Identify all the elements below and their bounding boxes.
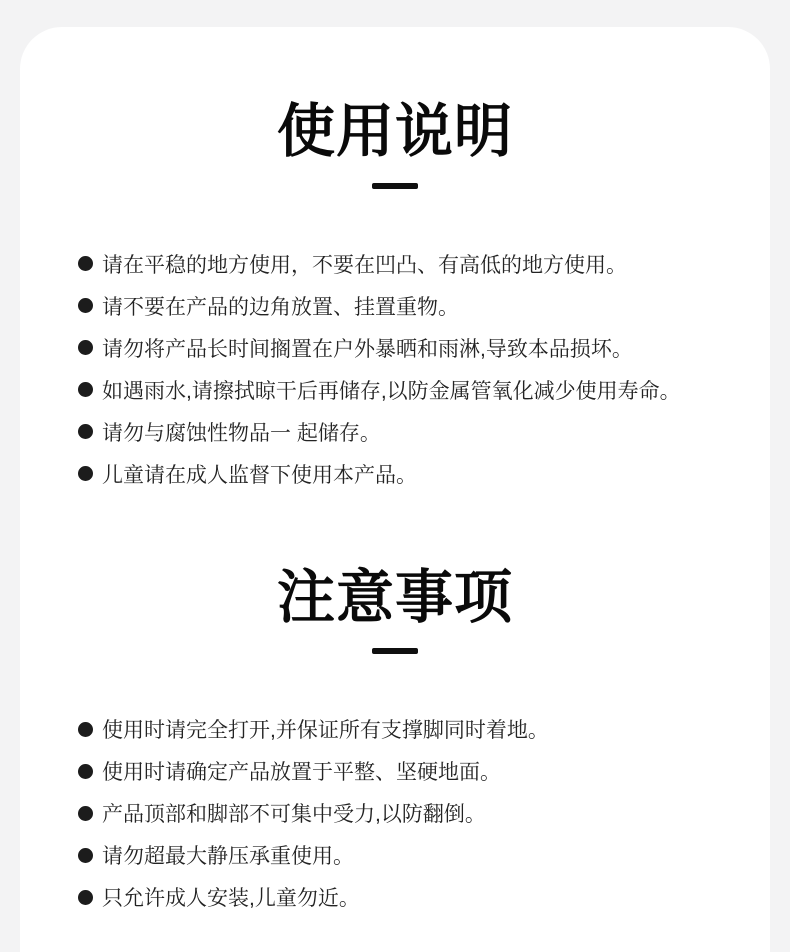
list-item-text: 产品顶部和脚部不可集中受力,以防翻倒。 <box>102 798 486 828</box>
list-item: 如遇雨水,请擦拭晾干后再储存,以防金属管氧化减少使用寿命。 <box>78 369 750 411</box>
list-item-text: 请勿超最大静压承重使用。 <box>102 840 354 870</box>
bullet-circle-icon <box>78 382 93 397</box>
instruction-card: 使用说明 请在平稳的地方使用，不要在凹凸、有高低的地方使用。 请不要在产品的边角… <box>20 27 770 952</box>
list-item: 请勿超最大静压承重使用。 <box>78 834 750 876</box>
list-item-text: 请在平稳的地方使用，不要在凹凸、有高低的地方使用。 <box>102 249 627 279</box>
bullet-circle-icon <box>78 890 93 905</box>
list-item: 产品顶部和脚部不可集中受力,以防翻倒。 <box>78 792 750 834</box>
list-item-text: 使用时请完全打开,并保证所有支撑脚同时着地。 <box>102 714 549 744</box>
list-item: 使用时请确定产品放置于平整、坚硬地面。 <box>78 750 750 792</box>
bullet-circle-icon <box>78 466 93 481</box>
bullet-circle-icon <box>78 764 93 779</box>
list-item: 请勿与腐蚀性物品一 起储存。 <box>78 411 750 453</box>
bullet-circle-icon <box>78 256 93 271</box>
list-item-text: 请勿与腐蚀性物品一 起储存。 <box>102 417 381 447</box>
usage-section: 使用说明 请在平稳的地方使用，不要在凹凸、有高低的地方使用。 请不要在产品的边角… <box>20 27 770 495</box>
list-item-text: 儿童请在成人监督下使用本产品。 <box>102 459 417 489</box>
bullet-circle-icon <box>78 806 93 821</box>
list-item: 请勿将产品长时间搁置在户外暴晒和雨淋,导致本品损坏。 <box>78 327 750 369</box>
list-item: 使用时请完全打开,并保证所有支撑脚同时着地。 <box>78 708 750 750</box>
title-underline <box>372 648 418 654</box>
bullet-circle-icon <box>78 424 93 439</box>
title-underline <box>372 183 418 189</box>
list-item-text: 使用时请确定产品放置于平整、坚硬地面。 <box>102 756 501 786</box>
bullet-circle-icon <box>78 298 93 313</box>
list-item: 请不要在产品的边角放置、挂置重物。 <box>78 285 750 327</box>
list-item-text: 只允许成人安装,儿童勿近。 <box>102 882 360 912</box>
list-item-text: 如遇雨水,请擦拭晾干后再储存,以防金属管氧化减少使用寿命。 <box>102 375 681 405</box>
precautions-section: 注意事项 使用时请完全打开,并保证所有支撑脚同时着地。 使用时请确定产品放置于平… <box>20 495 770 919</box>
precautions-section-title: 注意事项 <box>20 495 770 633</box>
usage-section-title: 使用说明 <box>20 27 770 167</box>
bullet-circle-icon <box>78 722 93 737</box>
list-item: 只允许成人安装,儿童勿近。 <box>78 876 750 918</box>
usage-notice-list: 请在平稳的地方使用，不要在凹凸、有高低的地方使用。 请不要在产品的边角放置、挂置… <box>20 243 770 495</box>
list-item-text: 请勿将产品长时间搁置在户外暴晒和雨淋,导致本品损坏。 <box>102 333 633 363</box>
list-item: 请在平稳的地方使用，不要在凹凸、有高低的地方使用。 <box>78 243 750 285</box>
bullet-circle-icon <box>78 340 93 355</box>
bullet-circle-icon <box>78 848 93 863</box>
precautions-notice-list: 使用时请完全打开,并保证所有支撑脚同时着地。 使用时请确定产品放置于平整、坚硬地… <box>20 708 770 918</box>
list-item-text: 请不要在产品的边角放置、挂置重物。 <box>102 291 459 321</box>
list-item: 儿童请在成人监督下使用本产品。 <box>78 453 750 495</box>
